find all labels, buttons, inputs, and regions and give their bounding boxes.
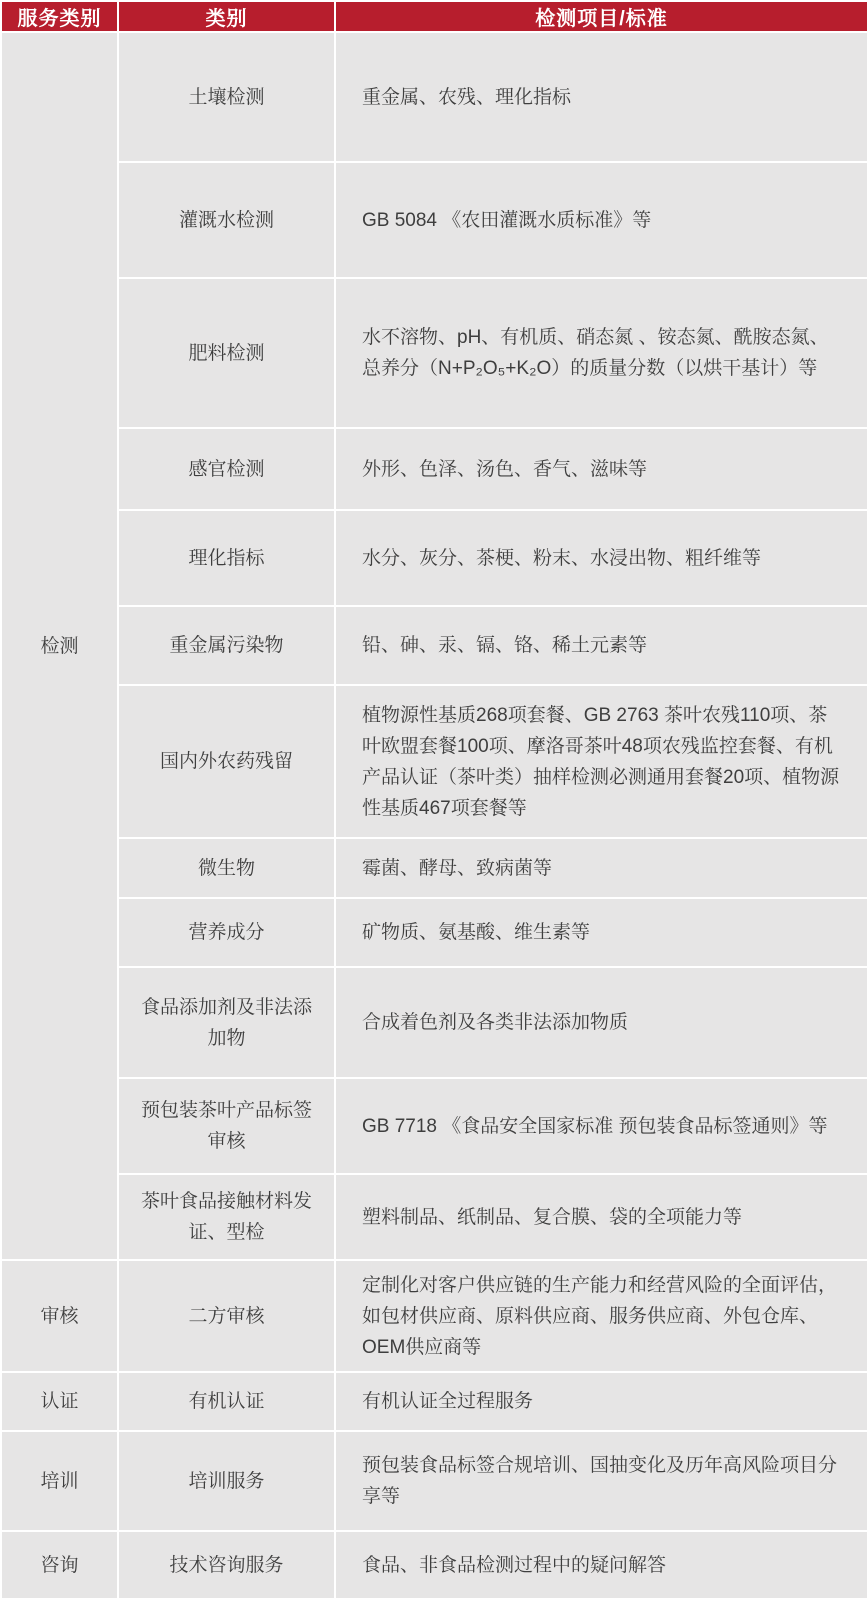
table-row: 检测 土壤检测 重金属、农残、理化指标 — [1, 32, 867, 162]
table-row: 茶叶食品接触材料发证、型检 塑料制品、纸制品、复合膜、袋的全项能力等 — [1, 1174, 867, 1260]
table-header-row: 服务类别 类别 检测项目/标准 — [1, 1, 867, 32]
items-cell: 外形、色泽、汤色、香气、滋味等 — [335, 428, 867, 510]
items-cell: 预包装食品标签合规培训、国抽变化及历年高风险项目分享等 — [335, 1431, 867, 1531]
category-cell: 营养成分 — [118, 898, 335, 967]
category-cell: 微生物 — [118, 838, 335, 898]
items-cell: 水分、灰分、茶梗、粉末、水浸出物、粗纤维等 — [335, 510, 867, 606]
table-row: 认证 有机认证 有机认证全过程服务 — [1, 1372, 867, 1431]
table-row: 营养成分 矿物质、氨基酸、维生素等 — [1, 898, 867, 967]
table-row: 预包装茶叶产品标签审核 GB 7718 《食品安全国家标准 预包装食品标签通则》… — [1, 1078, 867, 1174]
service-cell-certification: 认证 — [1, 1372, 118, 1431]
category-cell: 灌溉水检测 — [118, 162, 335, 278]
category-cell: 食品添加剂及非法添加物 — [118, 967, 335, 1078]
category-cell: 肥料检测 — [118, 278, 335, 428]
table-row: 培训 培训服务 预包装食品标签合规培训、国抽变化及历年高风险项目分享等 — [1, 1431, 867, 1531]
items-cell: 食品、非食品检测过程中的疑问解答 — [335, 1531, 867, 1599]
items-cell: 水不溶物、pH、有机质、硝态氮 、铵态氮、酰胺态氮、总养分（N+P₂O₅+K₂O… — [335, 278, 867, 428]
table-row: 肥料检测 水不溶物、pH、有机质、硝态氮 、铵态氮、酰胺态氮、总养分（N+P₂O… — [1, 278, 867, 428]
table-row: 感官检测 外形、色泽、汤色、香气、滋味等 — [1, 428, 867, 510]
category-cell: 二方审核 — [118, 1260, 335, 1372]
table-row: 灌溉水检测 GB 5084 《农田灌溉水质标准》等 — [1, 162, 867, 278]
service-cell-consulting: 咨询 — [1, 1531, 118, 1599]
items-cell: 有机认证全过程服务 — [335, 1372, 867, 1431]
table-row: 微生物 霉菌、酵母、致病菌等 — [1, 838, 867, 898]
service-cell-testing: 检测 — [1, 32, 118, 1260]
category-cell: 国内外农药残留 — [118, 685, 335, 838]
items-cell: 矿物质、氨基酸、维生素等 — [335, 898, 867, 967]
items-cell: 植物源性基质268项套餐、GB 2763 茶叶农残110项、茶叶欧盟套餐100项… — [335, 685, 867, 838]
category-cell: 理化指标 — [118, 510, 335, 606]
table-row: 理化指标 水分、灰分、茶梗、粉末、水浸出物、粗纤维等 — [1, 510, 867, 606]
items-cell: 合成着色剂及各类非法添加物质 — [335, 967, 867, 1078]
items-cell: 定制化对客户供应链的生产能力和经营风险的全面评估，如包材供应商、原料供应商、服务… — [335, 1260, 867, 1372]
category-cell: 重金属污染物 — [118, 606, 335, 685]
service-cell-audit: 审核 — [1, 1260, 118, 1372]
items-cell: GB 7718 《食品安全国家标准 预包装食品标签通则》等 — [335, 1078, 867, 1174]
category-cell: 茶叶食品接触材料发证、型检 — [118, 1174, 335, 1260]
items-cell: 塑料制品、纸制品、复合膜、袋的全项能力等 — [335, 1174, 867, 1260]
items-cell: 重金属、农残、理化指标 — [335, 32, 867, 162]
category-cell: 预包装茶叶产品标签审核 — [118, 1078, 335, 1174]
items-cell: 铅、砷、汞、镉、铬、稀土元素等 — [335, 606, 867, 685]
category-cell: 感官检测 — [118, 428, 335, 510]
service-category-table: 服务类别 类别 检测项目/标准 检测 土壤检测 重金属、农残、理化指标 灌溉水检… — [0, 0, 867, 1600]
service-cell-training: 培训 — [1, 1431, 118, 1531]
category-cell: 技术咨询服务 — [118, 1531, 335, 1599]
table-row: 审核 二方审核 定制化对客户供应链的生产能力和经营风险的全面评估，如包材供应商、… — [1, 1260, 867, 1372]
service-table-page: 服务类别 类别 检测项目/标准 检测 土壤检测 重金属、农残、理化指标 灌溉水检… — [0, 0, 867, 1601]
table-row: 国内外农药残留 植物源性基质268项套餐、GB 2763 茶叶农残110项、茶叶… — [1, 685, 867, 838]
header-service-category: 服务类别 — [1, 1, 118, 32]
category-cell: 土壤检测 — [118, 32, 335, 162]
category-cell: 培训服务 — [118, 1431, 335, 1531]
category-cell: 有机认证 — [118, 1372, 335, 1431]
items-cell: GB 5084 《农田灌溉水质标准》等 — [335, 162, 867, 278]
items-cell: 霉菌、酵母、致病菌等 — [335, 838, 867, 898]
table-row: 食品添加剂及非法添加物 合成着色剂及各类非法添加物质 — [1, 967, 867, 1078]
header-test-items-standards: 检测项目/标准 — [335, 1, 867, 32]
header-category: 类别 — [118, 1, 335, 32]
table-row: 重金属污染物 铅、砷、汞、镉、铬、稀土元素等 — [1, 606, 867, 685]
table-row: 咨询 技术咨询服务 食品、非食品检测过程中的疑问解答 — [1, 1531, 867, 1599]
